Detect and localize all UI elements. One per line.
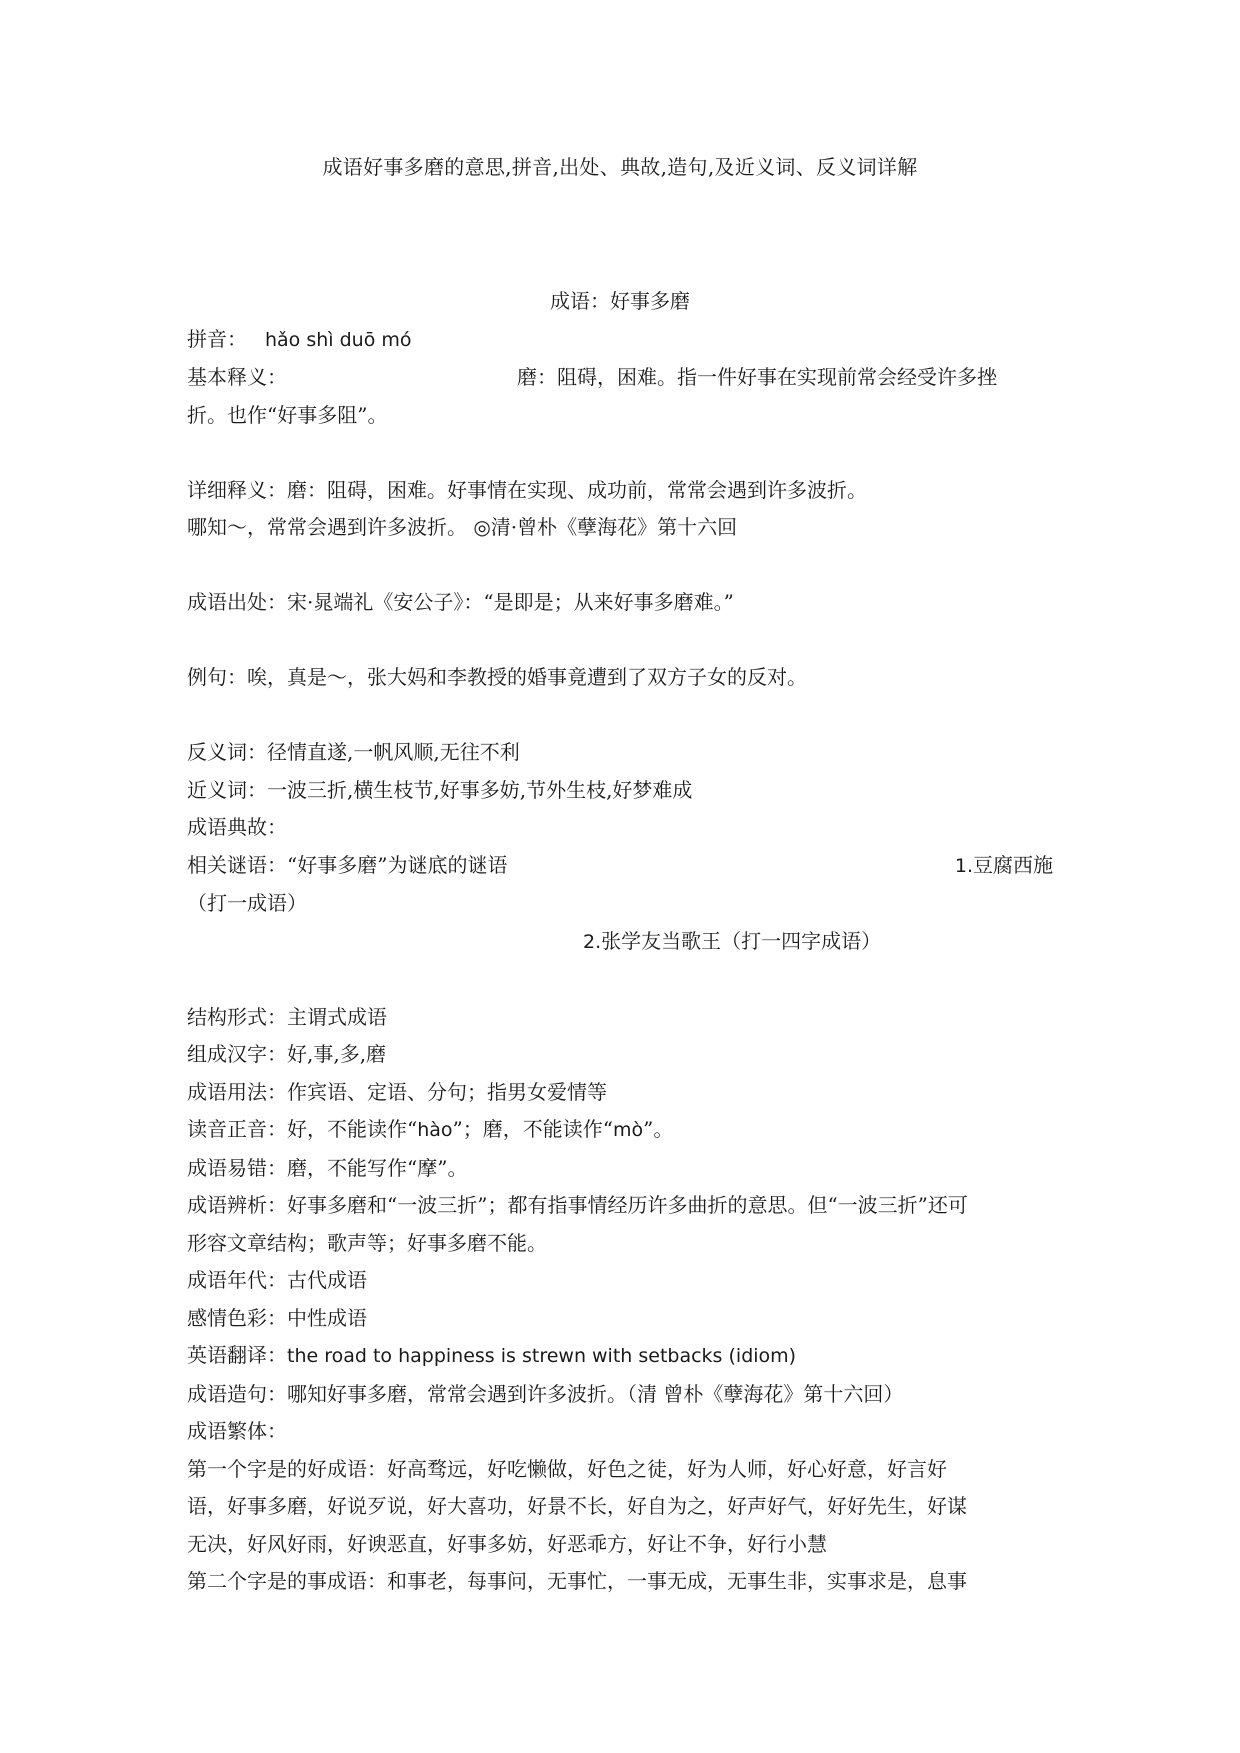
pronunciation-middle: ”；磨，不能读作“ xyxy=(453,1117,613,1141)
idiom-sentence: 成语造句：哪知好事多磨，常常会遇到许多波折。（清 曾朴《孽海花》第十六回） xyxy=(187,1376,1053,1414)
pinyin-label: 拼音： xyxy=(187,327,247,351)
synonyms: 近义词：一波三折,横生枝节,好事多妨,节外生枝,好梦难成 xyxy=(187,772,1053,810)
antonyms: 反义词：径情直遂,一帆风顺,无往不利 xyxy=(187,734,1053,772)
pronunciation-correction: 读音正音：好，不能读作“hào”；磨，不能读作“mò”。 xyxy=(187,1111,1053,1150)
first-char-idioms-line3: 无决，好风好雨，好谀恶直，好事多妨，好恶乖方，好让不争，好行小慧 xyxy=(187,1526,1053,1564)
spacer xyxy=(187,961,1053,999)
riddle-line: 相关谜语：“好事多磨”为谜底的谜语 1.豆腐西施 xyxy=(187,847,1053,886)
example-sentence: 例句：唉，真是～，张大妈和李教授的婚事竟遭到了双方子女的反对。 xyxy=(187,659,1053,697)
spacer xyxy=(187,697,1053,735)
riddle-item-2-number: 2. xyxy=(583,931,601,953)
english-label: 英语翻译： xyxy=(187,1343,287,1367)
english-value: the road to happiness is strewn with set… xyxy=(287,1345,796,1367)
spacer xyxy=(187,547,1053,585)
pinyin-line: 拼音：hǎo shì duō mó xyxy=(187,321,1053,360)
document-title: 成语好事多磨的意思,拼音,出处、典故,造句,及近义词、反义词详解 xyxy=(0,152,1240,182)
pronunciation-hao: hào xyxy=(417,1119,452,1141)
structure-form: 结构形式：主谓式成语 xyxy=(187,999,1053,1037)
detailed-definition-line2: 哪知～，常常会遇到许多波折。 ◎清·曾朴《孽海花》第十六回 xyxy=(187,509,1053,547)
riddle-item-2-text: 张学友当歌王（打一四字成语） xyxy=(601,929,881,953)
riddle-item-1-number: 1. xyxy=(955,855,973,877)
traditional-form: 成语繁体： xyxy=(187,1413,1053,1451)
idiom-era: 成语年代：古代成语 xyxy=(187,1262,1053,1300)
basic-definition-value: 磨：阻碍，困难。指一件好事在实现前常会经受许多挫 xyxy=(517,365,997,389)
second-char-idioms-line1: 第二个字是的事成语：和事老，每事问，无事忙，一事无成，无事生非，实事求是，息事 xyxy=(187,1563,1053,1601)
first-char-idioms-line2: 语，好事多磨，好说歹说，好大喜功，好景不长，好自为之，好声好气，好好先生，好谋 xyxy=(187,1488,1053,1526)
pronunciation-prefix: 读音正音：好，不能读作“ xyxy=(187,1117,417,1141)
idiom-heading: 成语：好事多磨 xyxy=(187,283,1053,321)
riddle-label: 相关谜语：“好事多磨”为谜底的谜语 xyxy=(187,847,507,886)
pinyin-value: hǎo shì duō mó xyxy=(265,329,412,351)
pronunciation-suffix: ”。 xyxy=(643,1117,673,1141)
first-char-idioms-line1: 第一个字是的好成语：好高骛远，好吃懒做，好色之徒，好为人师，好心好意，好言好 xyxy=(187,1451,1053,1489)
component-characters: 组成汉字：好,事,多,磨 xyxy=(187,1036,1053,1074)
basic-definition-line2: 折。也作“好事多阻”。 xyxy=(187,397,1053,435)
riddle-item-2: 2.张学友当歌王（打一四字成语） xyxy=(187,923,1053,962)
idiom-usage: 成语用法：作宾语、定语、分句；指男女爱情等 xyxy=(187,1074,1053,1112)
detailed-definition-line1: 详细释义：磨：阻碍，困难。好事情在实现、成功前，常常会遇到许多波折。 xyxy=(187,472,1053,510)
riddle-item-1-hint: （打一成语） xyxy=(187,885,1053,923)
spacer xyxy=(187,622,1053,660)
distinction-line1: 成语辨析：好事多磨和“一波三折”；都有指事情经历许多曲折的意思。但“一波三折”还… xyxy=(187,1187,1053,1225)
spacer xyxy=(187,434,1053,472)
distinction-line2: 形容文章结构；歌声等；好事多磨不能。 xyxy=(187,1225,1053,1263)
riddle-item-1-text: 豆腐西施 xyxy=(973,853,1053,877)
common-error: 成语易错：磨，不能写作“摩”。 xyxy=(187,1150,1053,1188)
document-page: 成语好事多磨的意思,拼音,出处、典故,造句,及近义词、反义词详解 成语：好事多磨… xyxy=(0,0,1240,1753)
document-body: 成语：好事多磨 拼音：hǎo shì duō mó 基本释义：磨：阻碍，困难。指… xyxy=(187,283,1053,1601)
allusion-label: 成语典故： xyxy=(187,809,1053,847)
basic-definition-label: 基本释义： xyxy=(187,359,517,397)
english-translation: 英语翻译：the road to happiness is strewn wit… xyxy=(187,1337,1053,1376)
riddle-item-1: 1.豆腐西施 xyxy=(955,847,1053,886)
idiom-source: 成语出处：宋·晁端礼《安公子》：“是即是；从来好事多磨难。” xyxy=(187,584,1053,622)
pronunciation-mo: mò xyxy=(613,1119,643,1141)
basic-definition-line1: 基本释义：磨：阻碍，困难。指一件好事在实现前常会经受许多挫 xyxy=(187,359,1053,397)
sentiment: 感情色彩：中性成语 xyxy=(187,1300,1053,1338)
